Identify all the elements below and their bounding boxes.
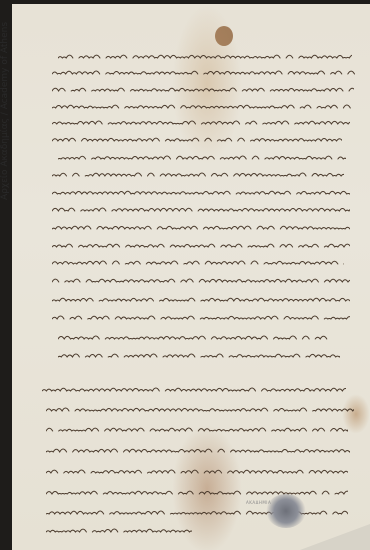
handwritten-line bbox=[46, 488, 348, 497]
handwritten-line bbox=[46, 467, 348, 476]
handwritten-line bbox=[52, 223, 350, 232]
archive-watermark: Αρχείο Ακαδημίας / Academy of Athens bbox=[0, 0, 18, 550]
handwritten-line bbox=[52, 258, 344, 267]
handwritten-line bbox=[52, 188, 350, 197]
handwritten-line bbox=[58, 153, 346, 162]
handwritten-line bbox=[58, 52, 352, 61]
handwritten-line bbox=[52, 102, 352, 111]
handwritten-line bbox=[46, 405, 354, 414]
handwritten-line bbox=[52, 68, 355, 77]
handwritten-line bbox=[42, 385, 346, 394]
handwritten-line bbox=[46, 425, 348, 434]
handwritten-line bbox=[52, 241, 350, 250]
handwritten-line bbox=[52, 170, 344, 179]
archive-stamp bbox=[266, 494, 306, 528]
handwritten-line bbox=[52, 205, 350, 214]
handwritten-line bbox=[58, 333, 330, 342]
watermark-text: Αρχείο Ακαδημίας / Academy of Athens bbox=[0, 22, 10, 200]
stamp-label: ΑΚΑΔΗΜΙΑ bbox=[246, 500, 271, 505]
handwritten-line bbox=[46, 446, 350, 455]
handwritten-line bbox=[52, 276, 350, 285]
handwritten-line bbox=[46, 526, 192, 535]
handwritten-line bbox=[52, 313, 350, 322]
handwritten-line bbox=[52, 118, 350, 127]
handwritten-line bbox=[52, 85, 354, 94]
folded-corner bbox=[300, 524, 370, 550]
handwritten-line bbox=[52, 295, 350, 304]
handwritten-line bbox=[58, 351, 340, 360]
handwritten-line bbox=[52, 135, 342, 144]
